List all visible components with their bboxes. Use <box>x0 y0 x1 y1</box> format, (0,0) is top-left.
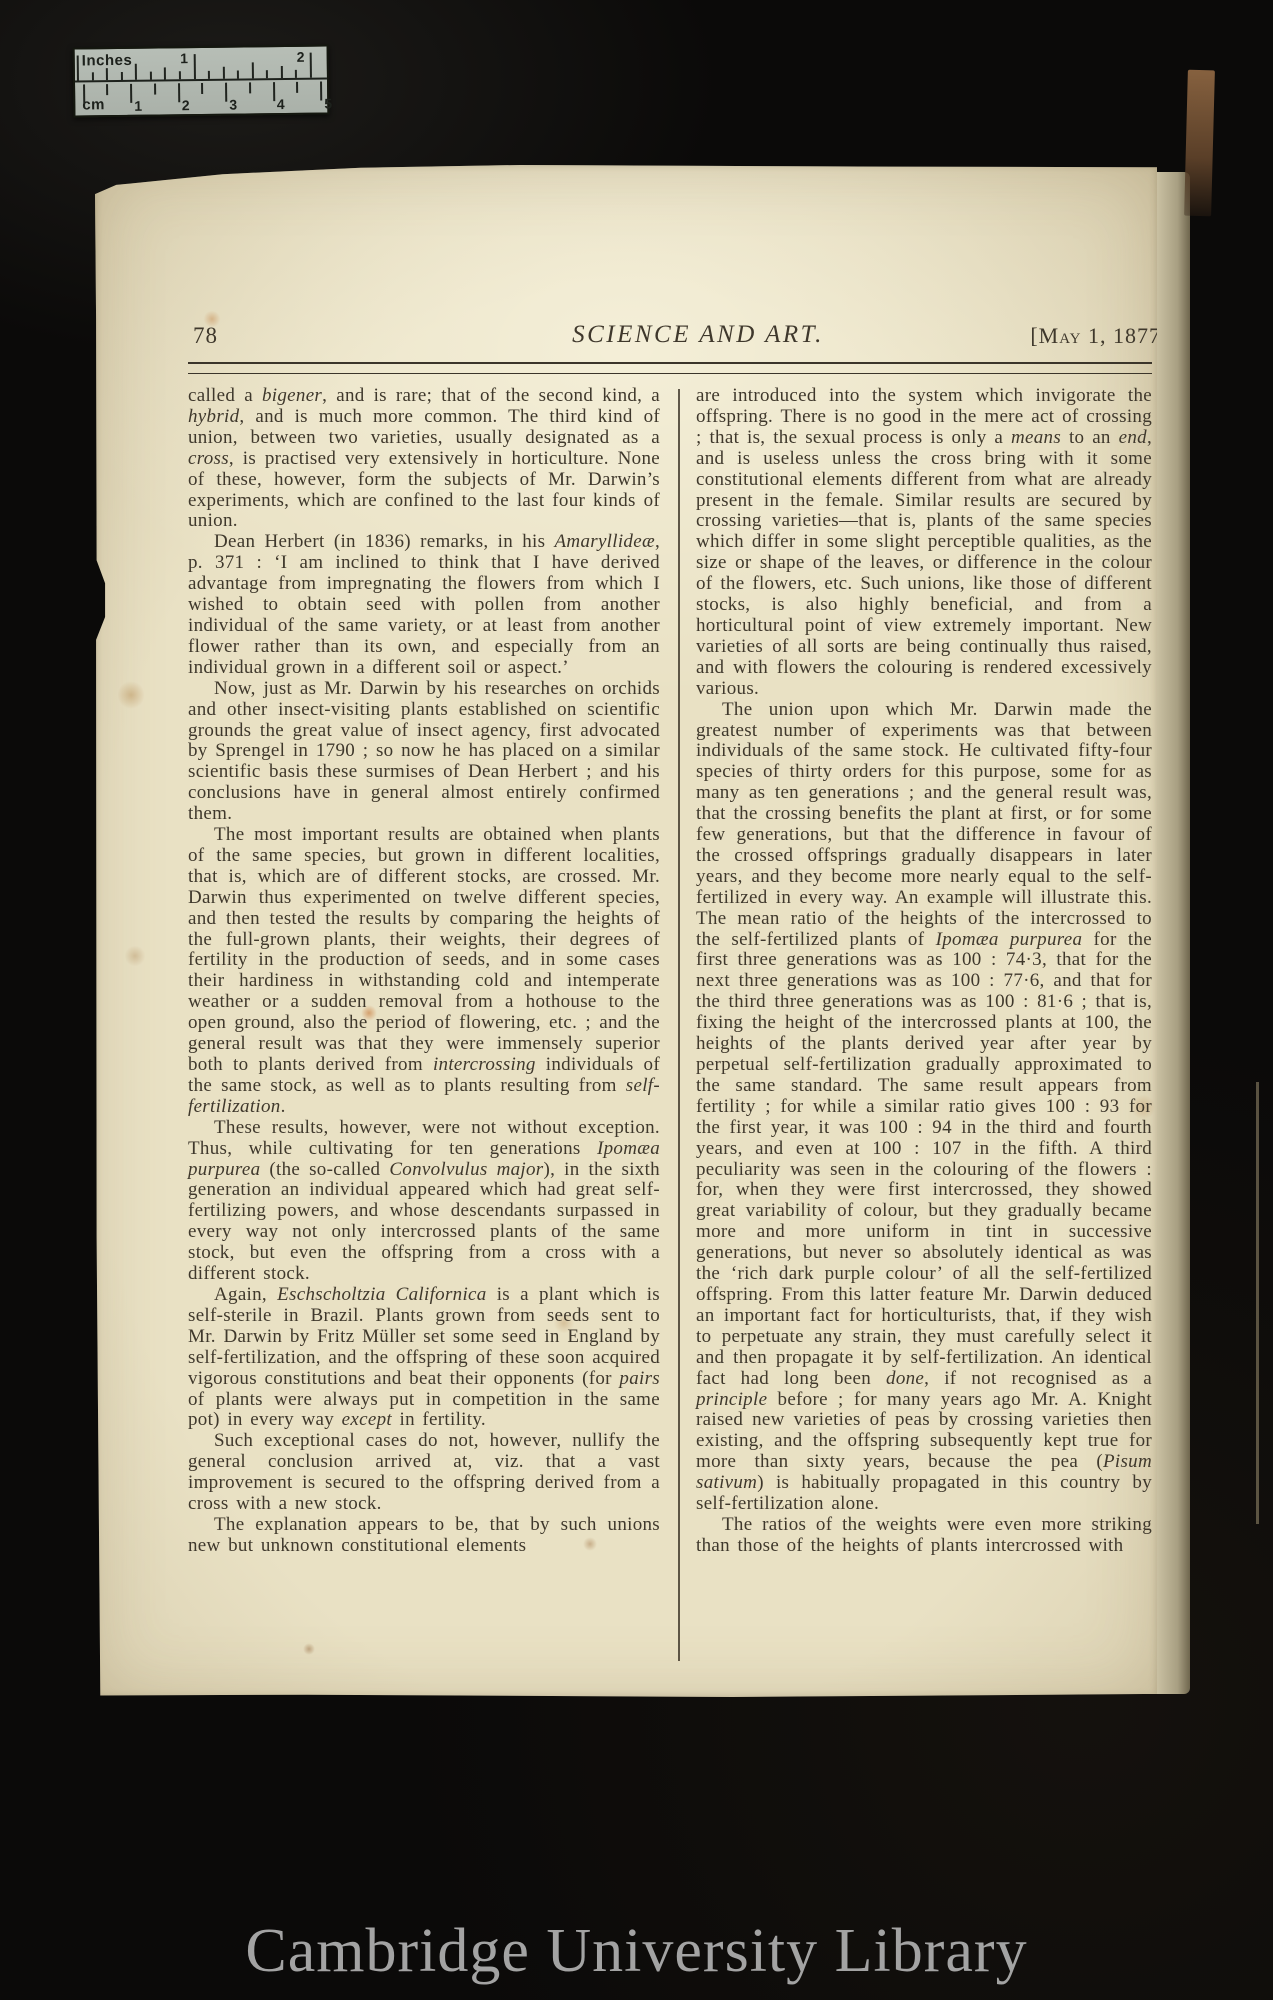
ruler-tick <box>208 71 210 79</box>
text-columns: called a bigener, and is rare; that of t… <box>188 386 1152 1557</box>
ruler-tick <box>252 62 254 78</box>
ruler-inch-numeral: 2 <box>297 49 305 65</box>
paragraph: The most important results are obtained … <box>188 825 660 1118</box>
page-number: 78 <box>193 323 218 349</box>
ruler-tick <box>130 84 132 103</box>
paragraph: are introduced into the system which inv… <box>696 386 1152 700</box>
paragraph: Again, Eschscholtzia Californica is a pl… <box>188 1285 660 1431</box>
ruler-cm-numeral: 3 <box>229 97 237 113</box>
book-spine-edge <box>1184 70 1215 217</box>
ruler-tick <box>106 68 108 80</box>
ruler-cm-numeral: 2 <box>182 97 190 113</box>
paragraph: The explanation appears to be, that by s… <box>188 1515 660 1557</box>
ruler-inch-numeral: 1 <box>180 50 188 66</box>
ruler-tick <box>273 82 275 101</box>
page-content: 78 SCIENCE AND ART. [May 1, 1877 called … <box>95 165 1157 1697</box>
ruler-tick <box>225 83 227 102</box>
ruler-inch-row: Inches 12 <box>75 46 327 82</box>
paragraph: These results, however, were not without… <box>188 1118 660 1285</box>
issue-date: [May 1, 1877 <box>1030 323 1161 349</box>
ruler-cm-row: cm 12345 <box>75 81 327 115</box>
ruler-tick <box>178 83 180 102</box>
header-rule <box>188 362 1152 374</box>
ruler-tick <box>193 54 195 79</box>
ruler-cm-label: cm <box>82 96 105 113</box>
ruler-tick <box>121 72 123 80</box>
paragraph: Now, just as Mr. Darwin by his researche… <box>188 679 660 825</box>
ruler-tick <box>222 67 224 79</box>
ruler-tick <box>237 71 239 79</box>
right-column: are introduced into the system which inv… <box>696 386 1152 1557</box>
ruler-tick <box>154 84 156 95</box>
fore-edge-highlight <box>1256 1082 1259 1524</box>
ruler-tick <box>135 64 137 80</box>
ruler-tick <box>150 72 152 80</box>
ruler-tick <box>106 84 108 95</box>
ruler-tick <box>266 70 268 78</box>
paragraph: The ratios of the weights were even more… <box>696 1515 1152 1557</box>
paragraph: The union upon which Mr. Darwin made the… <box>696 700 1152 1515</box>
ruler-cm-numeral: 4 <box>277 96 285 112</box>
library-watermark: Cambridge University Library <box>0 1916 1273 1987</box>
ruler-tick <box>281 66 283 78</box>
photo-background: { "ruler": { "top_label": "Inches", "bot… <box>0 0 1273 2000</box>
ruler-tick <box>310 53 312 78</box>
ruler-tick <box>320 82 322 101</box>
page-paper: 78 SCIENCE AND ART. [May 1, 1877 called … <box>95 165 1157 1697</box>
measurement-ruler: Inches 12 cm 12345 <box>73 44 330 117</box>
ruler-cm-numeral: 5 <box>324 95 332 111</box>
ruler-tick <box>249 82 251 93</box>
ruler-inches-label: Inches <box>82 52 133 70</box>
ruler-tick <box>295 70 297 78</box>
ruler-tick <box>77 55 79 80</box>
paragraph: Such exceptional cases do not, however, … <box>188 1431 660 1515</box>
scanned-page: 78 SCIENCE AND ART. [May 1, 1877 called … <box>95 165 1157 1697</box>
paragraph: Dean Herbert (in 1836) remarks, in his A… <box>188 532 660 678</box>
ruler-tick <box>296 82 298 93</box>
ruler-tick <box>164 67 166 79</box>
ruler-tick <box>201 83 203 94</box>
ruler-tick <box>179 71 181 79</box>
left-column: called a bigener, and is rare; that of t… <box>188 386 660 1557</box>
paragraph: called a bigener, and is rare; that of t… <box>188 386 660 532</box>
ruler-tick <box>91 72 93 80</box>
ruler-cm-numeral: 1 <box>134 98 142 114</box>
ruler-tick <box>83 84 85 103</box>
